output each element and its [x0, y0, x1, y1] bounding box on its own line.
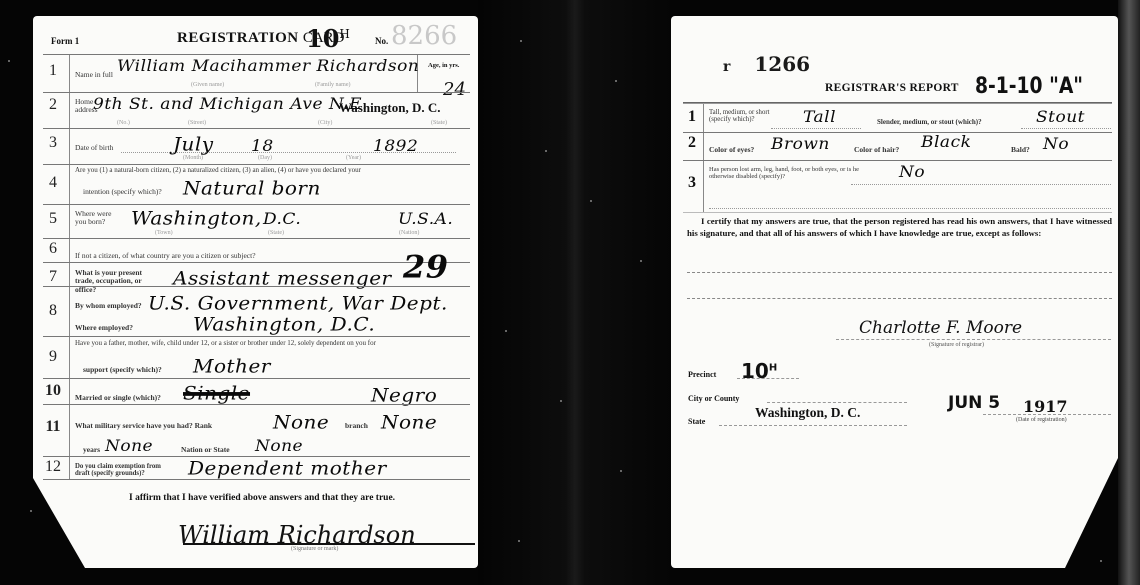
value-race: Negro — [371, 384, 437, 407]
card-hand-number: 10H — [306, 24, 350, 53]
row-line — [43, 204, 470, 205]
value-birth-state: D.C. — [263, 210, 301, 229]
row-number: 12 — [43, 458, 63, 476]
value-city-state: Washington, D. C. — [755, 405, 860, 421]
sub-family-name: (Family name) — [315, 82, 351, 88]
row-number: 3 — [43, 134, 63, 152]
label-branch: branch — [345, 422, 368, 430]
row-number: 3 — [685, 174, 699, 192]
value-name: William Macihammer Richardson — [117, 57, 419, 76]
registrar-signature-line — [836, 339, 1111, 340]
dotted-line — [709, 208, 1111, 209]
dotted-line — [983, 414, 1111, 415]
exception-line — [687, 272, 1112, 273]
row-number: 6 — [43, 240, 63, 258]
sub-year: (Year) — [346, 155, 361, 161]
value-dob-year: 1892 — [373, 137, 418, 156]
row-number: 11 — [43, 418, 63, 436]
row-number: 1 — [685, 108, 699, 126]
registrars-report-card: r1266 REGISTRAR'S REPORT 8-1-10 "A" 1 Ta… — [671, 16, 1118, 568]
row-line — [43, 404, 470, 405]
no-label: No. — [375, 36, 388, 46]
label-name: Name in full — [75, 71, 113, 79]
row-number: 2 — [685, 134, 699, 152]
row-line — [43, 164, 470, 165]
age-value: 24 — [443, 79, 466, 100]
row-line — [43, 336, 470, 337]
sub-no: (No.) — [117, 120, 130, 126]
row-number: 7 — [43, 268, 63, 286]
label-hair-color: Color of hair? — [854, 146, 899, 154]
dotted-line — [771, 128, 861, 129]
value-dob-day: 18 — [251, 137, 274, 156]
affirmation-text: I affirm that I have verified above answ… — [129, 493, 395, 503]
signature-caption: (Signature or mark) — [291, 546, 338, 552]
value-bald: No — [1043, 135, 1069, 154]
value-height: Tall — [803, 108, 836, 127]
value-precinct: 10H — [741, 359, 777, 383]
sub-city: (City) — [318, 120, 332, 126]
value-build: Stout — [1036, 108, 1085, 127]
value-citizenship: Natural born — [183, 177, 321, 200]
row-number: 2 — [43, 96, 63, 114]
label-citizenship-2: intention (specify which)? — [83, 188, 162, 196]
row-number: 4 — [43, 174, 63, 192]
sub-state: (State) — [268, 230, 284, 236]
label-employment-place: Where employed? — [75, 324, 133, 332]
annotation-number: 29 — [403, 249, 449, 285]
value-employment-place: Washington, D.C. — [193, 313, 375, 336]
film-edge — [1118, 0, 1140, 585]
date-stamp: JUN 5 — [948, 393, 1000, 413]
label-height: Tall, medium, or short (specify which)? — [709, 109, 779, 124]
row-line — [43, 238, 470, 239]
row-line — [683, 212, 1112, 213]
label-dependents: Have you a father, mother, wife, child u… — [75, 340, 376, 348]
dotted-line — [767, 402, 907, 403]
label-exemption: Do you claim exemption from draft (speci… — [75, 463, 175, 478]
row-number: 10 — [43, 382, 63, 400]
label-years: years — [83, 446, 100, 454]
row-line — [43, 378, 470, 379]
signature-line — [183, 543, 475, 545]
value-rank: None — [273, 411, 329, 434]
row-number: 9 — [43, 348, 63, 366]
value-exemption: Dependent mother — [188, 457, 387, 480]
registration-card: Form 1 REGISTRATION CARD 10H No. 8266 1 … — [33, 16, 478, 568]
age-label: Age, in yrs. — [428, 62, 459, 69]
exception-line — [687, 298, 1112, 299]
value-hair-color: Black — [921, 133, 971, 152]
value-dependents: Mother — [193, 355, 271, 378]
label-disability: Has person lost arm, leg, hand, foot, or… — [709, 166, 859, 180]
serial-number: 8266 — [391, 21, 457, 51]
row-line — [43, 286, 470, 287]
sub-day: (Day) — [258, 155, 272, 161]
printed-city: Washington, D. C. — [339, 100, 441, 116]
report-title: REGISTRAR'S REPORT — [825, 82, 959, 94]
label-bald: Bald? — [1011, 146, 1030, 154]
label-citizenship: Are you (1) a natural-born citizen, (2) … — [75, 167, 361, 175]
form-label: Form 1 — [51, 36, 79, 46]
label-dependents-2: support (specify which)? — [83, 366, 162, 374]
value-birth-town: Washington, — [131, 207, 262, 230]
date-caption: (Date of registration) — [1016, 417, 1067, 423]
value-disability: No — [899, 163, 925, 182]
sub-state: (State) — [431, 120, 447, 126]
certification-text: I certify that my answers are true, that… — [687, 215, 1112, 239]
row-divider-vertical — [703, 104, 704, 212]
label-military: What military service have you had? Rank — [75, 422, 212, 430]
label-eye-color: Color of eyes? — [709, 146, 754, 154]
dotted-line — [1021, 128, 1111, 129]
value-nation-state: None — [255, 437, 303, 456]
dotted-line — [851, 184, 1111, 185]
label-dob: Date of birth — [75, 144, 113, 152]
registrar-caption: (Signature of registrar) — [929, 342, 984, 348]
value-branch: None — [381, 411, 437, 434]
value-employer: U.S. Government, War Dept. — [148, 292, 448, 315]
film-gap — [478, 0, 672, 585]
dotted-line — [737, 378, 799, 379]
sub-month: (Month) — [183, 155, 203, 161]
row-number: 8 — [43, 302, 63, 320]
row-line — [43, 479, 470, 480]
label-state: State — [688, 417, 705, 426]
value-dob-month: July — [173, 133, 214, 156]
registrar-signature: Charlotte F. Moore — [859, 318, 1022, 338]
value-years: None — [105, 437, 153, 456]
value-marital-struck: Single — [183, 382, 333, 405]
row-divider-vertical — [69, 54, 70, 479]
row-number: 5 — [43, 210, 63, 228]
row-line — [43, 128, 470, 129]
label-birthplace: Where were you born? — [75, 210, 113, 227]
row-line — [683, 160, 1112, 161]
label-marital: Married or single (which)? — [75, 394, 161, 402]
sub-given-name: (Given name) — [191, 82, 224, 88]
dotted-line — [719, 425, 907, 426]
label-build: Slender, medium, or stout (which)? — [877, 119, 982, 127]
report-serial: r1266 — [723, 52, 810, 76]
report-code: 8-1-10 "A" — [975, 74, 1083, 99]
value-home-address: 9th St. and Michigan Ave N.E. — [93, 95, 368, 114]
label-occupation: What is your present trade, occupation, … — [75, 269, 155, 294]
sub-town: (Town) — [155, 230, 173, 236]
row-line — [683, 132, 1112, 133]
sub-street: (Street) — [188, 120, 206, 126]
label-city-county: City or County — [688, 394, 739, 403]
sub-nation: (Nation) — [399, 230, 419, 236]
row-number: 1 — [43, 62, 63, 80]
row-line — [43, 54, 470, 55]
row-line — [43, 92, 470, 93]
label-precinct: Precinct — [688, 370, 716, 379]
label-nation-state: Nation or State — [181, 446, 230, 454]
value-eye-color: Brown — [771, 135, 830, 154]
row-line — [683, 102, 1112, 104]
value-birth-nation: U.S.A. — [398, 210, 453, 229]
label-employer: By whom employed? — [75, 302, 142, 310]
label-foreign-citizen: If not a citizen, of what country are yo… — [75, 252, 256, 260]
